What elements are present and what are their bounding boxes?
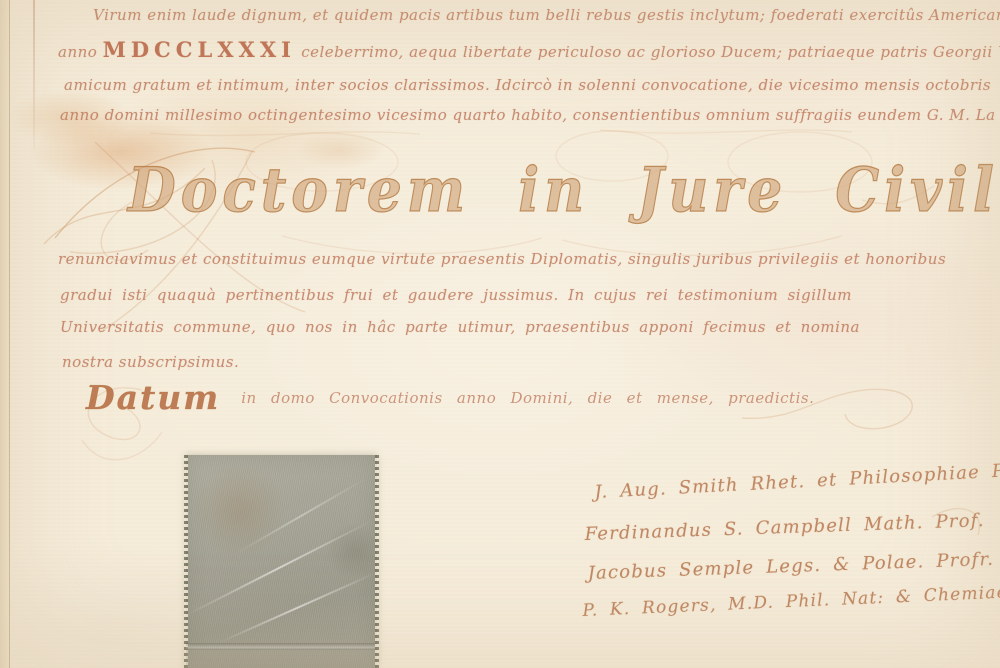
manuscript-line-8: nostra subscripsimus. <box>62 353 262 373</box>
roman-numeral-year: MDCCLXXXI <box>103 37 296 62</box>
datum-line: Datum in domo Convocationis anno Domini,… <box>86 378 814 417</box>
manuscript-line-6: gradui isti quaquà pertinentibus frui et… <box>60 286 852 306</box>
faculty-signature: Ferdinandus S. Campbell Math. Prof. <box>584 510 985 545</box>
ribbon-crease <box>185 519 373 616</box>
manuscript-line-5: renunciavimus et constituimus eumque vir… <box>58 250 936 270</box>
manuscript-line-2: anno MDCCLXXXI celeberrimo, aequa libert… <box>58 36 963 63</box>
manuscript-line-2-prefix: anno <box>58 43 97 61</box>
ribbon-fold <box>186 643 377 650</box>
datum-word: Datum <box>86 378 220 417</box>
manuscript-line-3: amicum gratum et intimum, inter socios c… <box>64 76 962 96</box>
ribbon-crease <box>219 573 375 644</box>
manuscript-line-1: Virum enim laude dignum, et quidem pacis… <box>93 6 965 26</box>
parchment-crease <box>33 0 35 150</box>
manuscript-line-7: Universitatis commune, quo nos in hâc pa… <box>60 318 860 338</box>
parchment-left-edge <box>0 0 10 668</box>
faculty-signature: Jacobus Semple Legs. & Polae. Profr. <box>587 549 994 584</box>
faculty-signature: J. Aug. Smith Rhet. et Philosophiae Prof… <box>594 459 1000 503</box>
silk-ribbon <box>186 455 377 668</box>
ribbon-crease <box>236 478 367 555</box>
datum-rest: in domo Convocationis anno Domini, die e… <box>241 389 814 407</box>
manuscript-line-4: anno domini millesimo octingentesimo vic… <box>60 106 963 126</box>
manuscript-line-2-rest: celeberrimo, aequa libertate periculoso … <box>301 43 1000 61</box>
faculty-signature: P. K. Rogers, M.D. Phil. Nat: & Chemiae … <box>582 580 1000 621</box>
degree-title: Doctorem in Jure Civili <box>128 139 900 240</box>
diploma-document: Virum enim laude dignum, et quidem pacis… <box>0 0 1000 668</box>
ribbon-lower-section <box>186 650 377 668</box>
